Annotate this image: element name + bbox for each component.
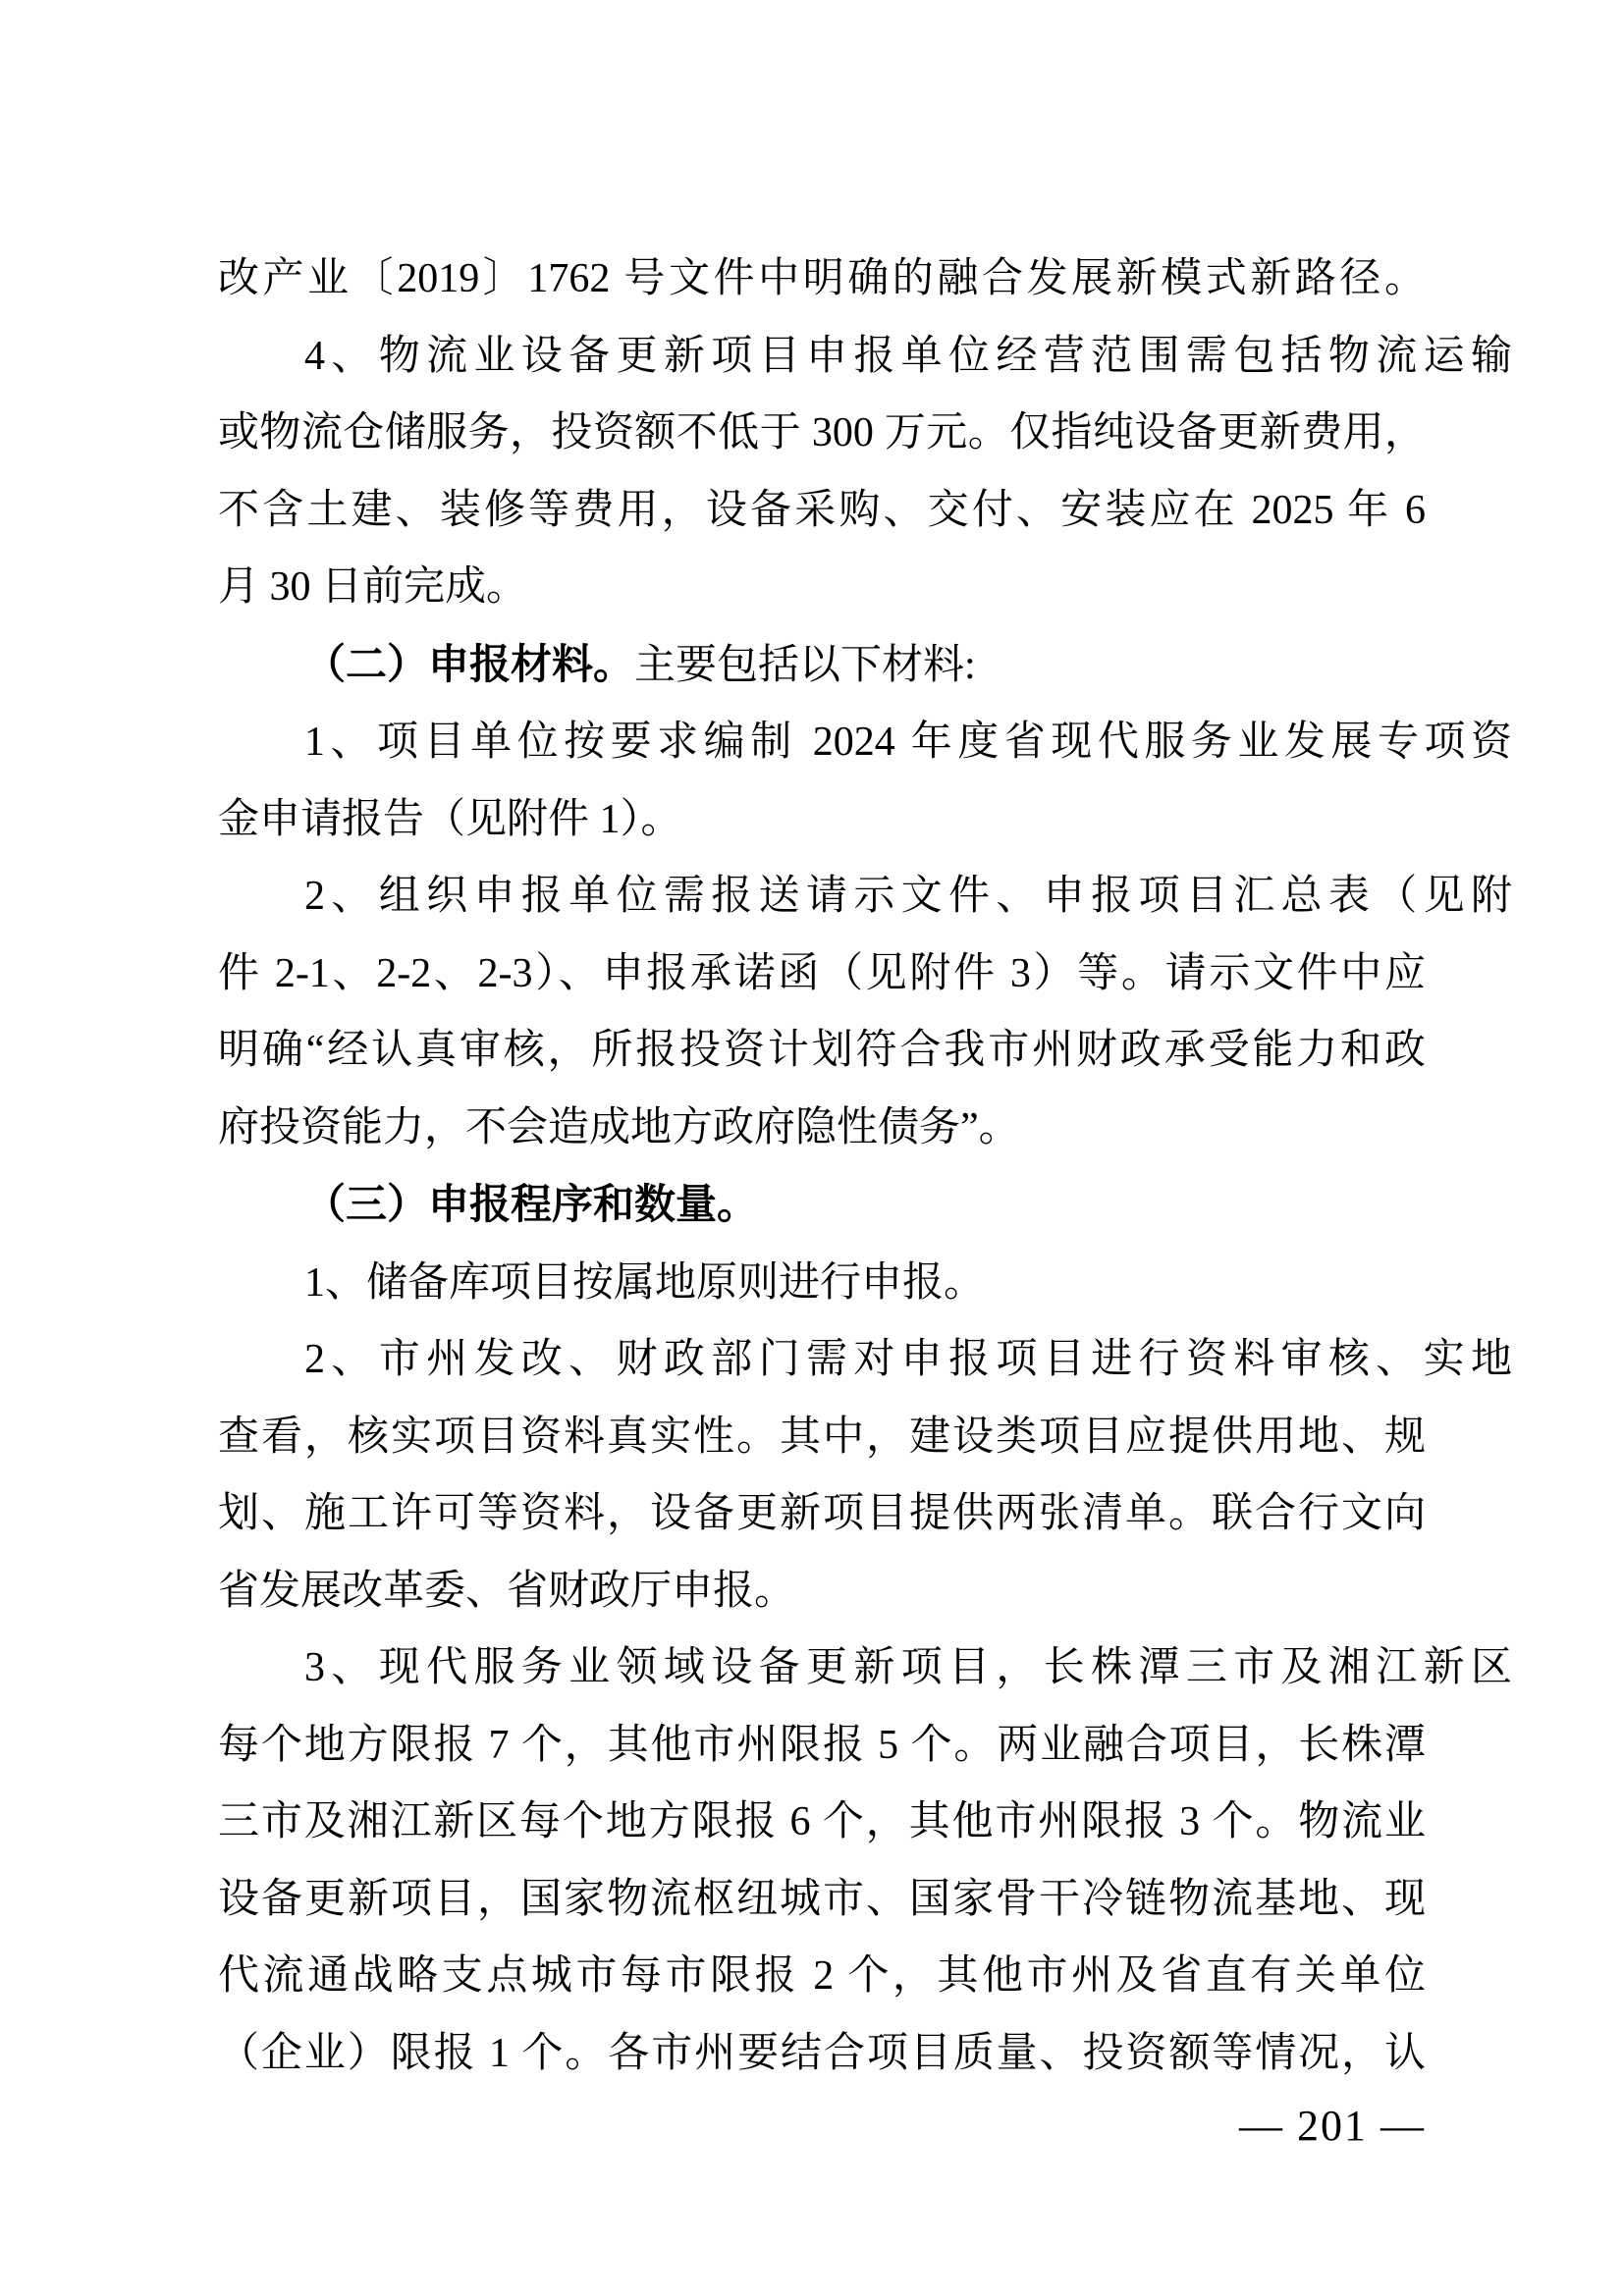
doc-line-22: 设备更新项目，国家物流枢纽城市、国家骨干冷链物流基地、现 [218,1861,1426,1939]
doc-line-01: 改产业〔2019〕1762 号文件中明确的融合发展新模式新路径。 [218,240,1426,318]
doc-line-07: 1、项目单位按要求编制 2024 年度省现代服务业发展专项资 [218,704,1512,781]
document-text-block: 改产业〔2019〕1762 号文件中明确的融合发展新模式新路径。 4、物流业设备… [218,240,1426,2092]
document-page: 改产业〔2019〕1762 号文件中明确的融合发展新模式新路径。 4、物流业设备… [0,0,1623,2296]
doc-line-04: 不含土建、装修等费用，设备采购、交付、安装应在 2025 年 6 [218,472,1426,550]
doc-line-20: 每个地方限报 7 个，其他市州限报 5 个。两业融合项目，长株潭 [218,1707,1426,1785]
section-heading-2-tail: 主要包括以下材料: [634,643,976,688]
doc-line-03: 或物流仓储服务，投资额不低于 300 万元。仅指纯设备更新费用， [218,395,1426,472]
doc-line-09: 2、组织申报单位需报送请示文件、申报项目汇总表（见附 [218,858,1512,935]
doc-line-23: 代流通战略支点城市每市限报 2 个，其他市州及省直有关单位 [218,1938,1426,2015]
section-heading-2: （二）申报材料。 [304,641,634,687]
page-number: — 201 — [218,2101,1426,2151]
section-heading-3: （三）申报程序和数量。 [304,1181,758,1227]
doc-line-06: （二）申报材料。主要包括以下材料: [218,626,1512,705]
doc-line-21: 三市及湘江新区每个地方限报 6 个，其他市州限报 3 个。物流业 [218,1784,1426,1861]
doc-line-10: 件 2-1、2-2、2-3）、申报承诺函（见附件 3）等。请示文件中应 [218,935,1426,1013]
doc-line-05: 月 30 日前完成。 [218,549,1426,626]
doc-line-12: 府投资能力，不会造成地方政府隐性债务”。 [218,1090,1426,1167]
doc-line-14: 1、储备库项目按属地原则进行申报。 [218,1245,1512,1322]
doc-line-15: 2、市州发改、财政部门需对申报项目进行资料审核、实地 [218,1321,1512,1399]
doc-line-11: 明确“经认真审核，所报投资计划符合我市州财政承受能力和政 [218,1012,1426,1090]
doc-line-24: （企业）限报 1 个。各市州要结合项目质量、投资额等情况，认 [218,2015,1426,2093]
doc-line-08: 金申请报告（见附件 1）。 [218,781,1426,859]
doc-line-19: 3、现代服务业领域设备更新项目，长株潭三市及湘江新区 [218,1629,1512,1707]
doc-line-02: 4、物流业设备更新项目申报单位经营范围需包括物流运输 [218,318,1512,396]
doc-line-16: 查看，核实项目资料真实性。其中，建设类项目应提供用地、规 [218,1399,1426,1476]
doc-line-17: 划、施工许可等资料，设备更新项目提供两张清单。联合行文向 [218,1475,1426,1553]
doc-line-18: 省发展改革委、省财政厅申报。 [218,1553,1426,1630]
doc-line-13: （三）申报程序和数量。 [218,1166,1512,1245]
